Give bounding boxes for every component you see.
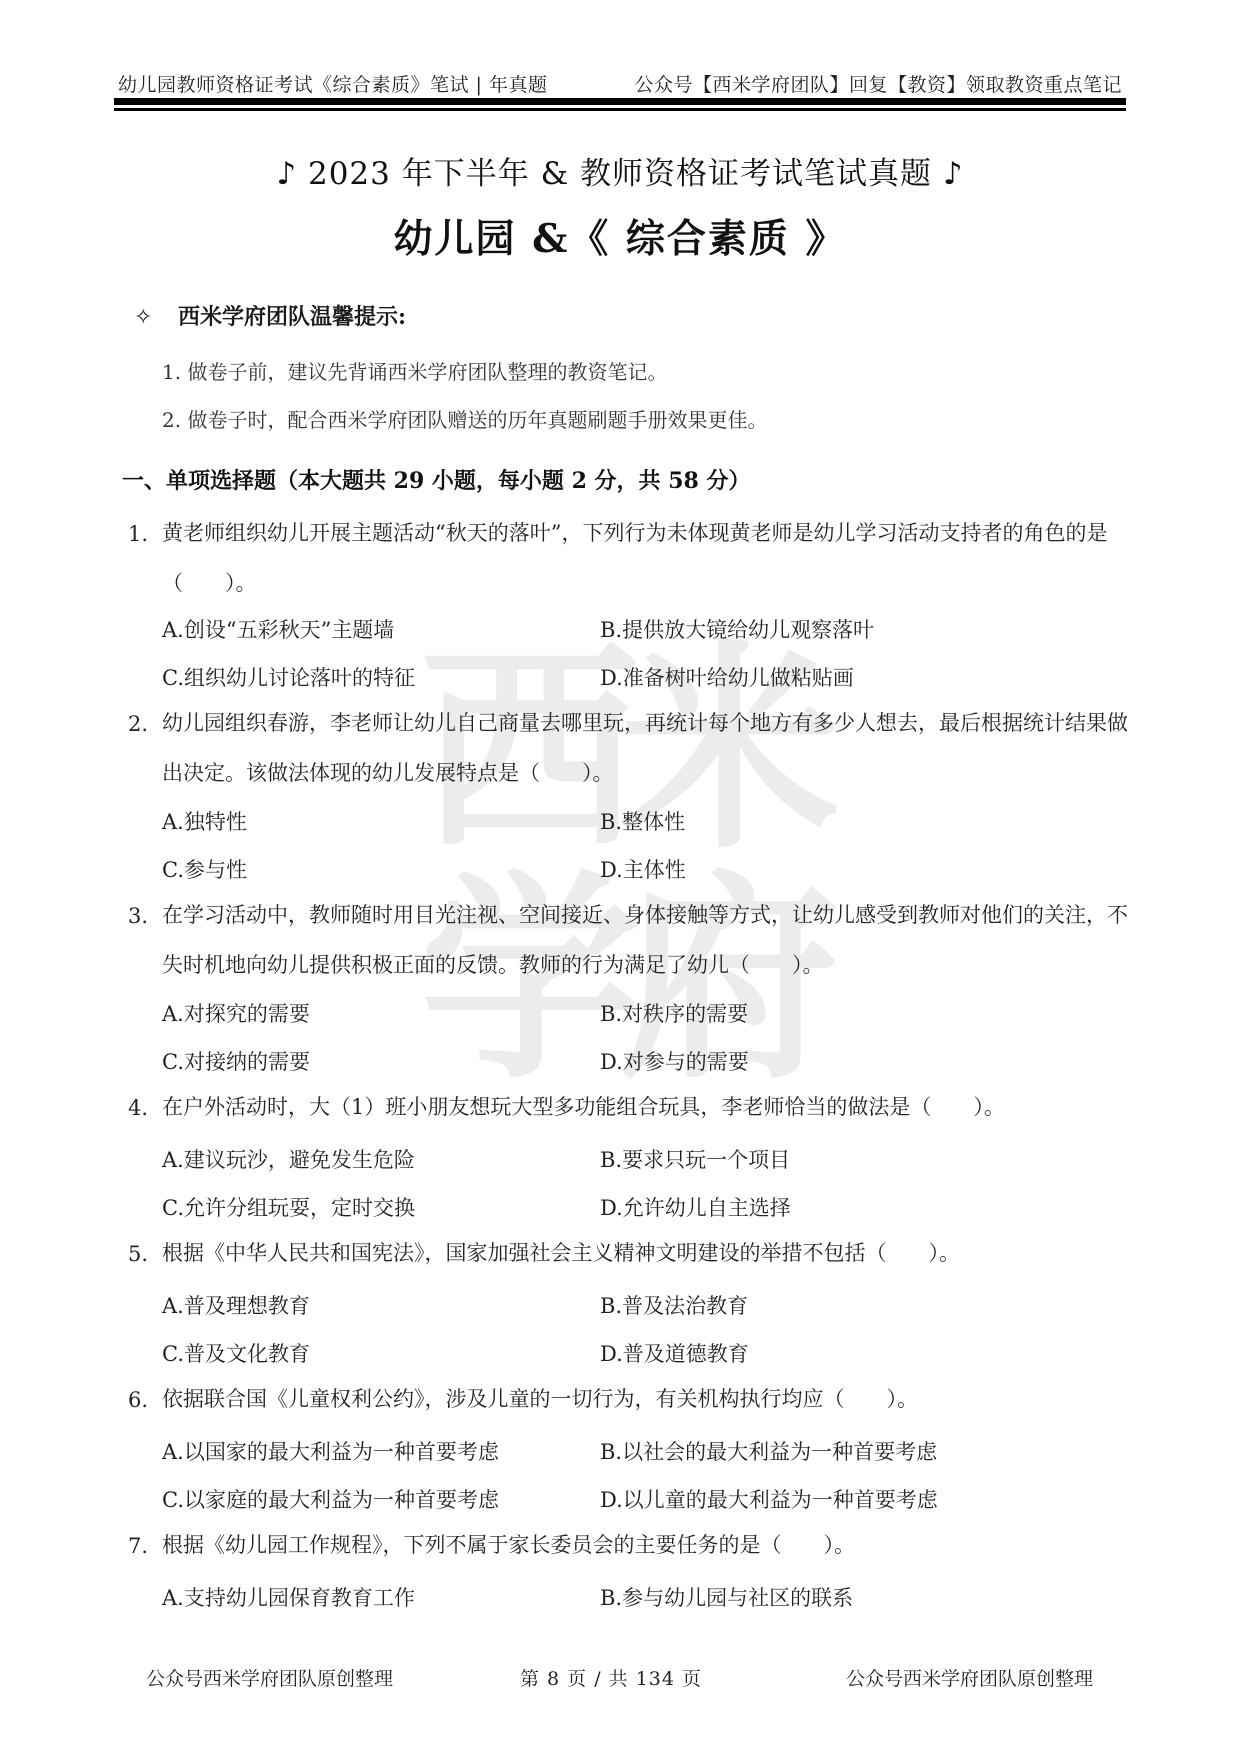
header-rule-thick: [114, 98, 1126, 105]
option-a: A.建议玩沙，避免发生危险: [162, 1144, 415, 1174]
option-c: C.允许分组玩耍，定时交换: [162, 1192, 415, 1222]
question-number: 4.: [128, 1096, 148, 1120]
option-c: C.普及文化教育: [162, 1338, 310, 1368]
option-a: A.对探究的需要: [162, 998, 310, 1028]
option-d: D.准备树叶给幼儿做粘贴画: [600, 662, 854, 692]
question-stem: 幼儿园组织春游，李老师让幼儿自己商量去哪里玩，再统计每个地方有多少人想去，最后根…: [162, 698, 1130, 798]
option-b: B.以社会的最大利益为一种首要考虑: [600, 1436, 937, 1466]
question-stem: 在户外活动时，大（1）班小朋友想玩大型多功能组合玩具，李老师恰当的做法是（ ）。: [162, 1082, 1130, 1132]
option-b: B.要求只玩一个项目: [600, 1144, 790, 1174]
option-d: D.允许幼儿自主选择: [600, 1192, 791, 1222]
option-b: B.对秩序的需要: [600, 998, 748, 1028]
page-number: 第 8 页 / 共 134 页: [520, 1664, 702, 1691]
question-number: 2.: [128, 712, 148, 736]
question-number: 7.: [128, 1534, 148, 1558]
option-b: B.整体性: [600, 806, 685, 836]
option-a: A.独特性: [162, 806, 247, 836]
option-a: A.支持幼儿园保育教育工作: [162, 1582, 415, 1612]
header-left-text: 幼儿园教师资格证考试《综合素质》笔试 | 年真题: [118, 70, 547, 97]
question-stem: 黄老师组织幼儿开展主题活动“秋天的落叶”，下列行为未体现黄老师是幼儿学习活动支持…: [162, 508, 1130, 608]
option-c: C.对接纳的需要: [162, 1046, 310, 1076]
page-header: 幼儿园教师资格证考试《综合素质》笔试 | 年真题 公众号【西米学府团队】回复【教…: [114, 68, 1126, 98]
option-a: A.普及理想教育: [162, 1290, 310, 1320]
footer-right-text: 公众号西米学府团队原创整理: [846, 1664, 1093, 1691]
header-right-text: 公众号【西米学府团队】回复【教资】领取教资重点笔记: [634, 70, 1122, 97]
sparkle-icon: ✧: [134, 305, 178, 330]
footer-left-text: 公众号西米学府团队原创整理: [146, 1664, 393, 1691]
exam-subtitle: 幼儿园 &《 综合素质 》: [0, 208, 1240, 264]
option-d: D.以儿童的最大利益为一种首要考虑: [600, 1484, 938, 1514]
tips-heading-text: 西米学府团队温馨提示:: [178, 304, 406, 330]
tip-item: 1. 做卷子前，建议先背诵西米学府团队整理的教资笔记。: [162, 356, 667, 385]
option-c: C.组织幼儿讨论落叶的特征: [162, 662, 415, 692]
option-c: C.参与性: [162, 854, 247, 884]
option-c: C.以家庭的最大利益为一种首要考虑: [162, 1484, 499, 1514]
section-title: 一、单项选择题（本大题共 29 小题，每小题 2 分，共 58 分）: [122, 464, 751, 495]
exam-title: ♪ 2023 年下半年 & 教师资格证考试笔试真题 ♪: [0, 148, 1240, 193]
question-stem: 根据《中华人民共和国宪法》，国家加强社会主义精神文明建设的举措不包括（ ）。: [162, 1228, 1130, 1278]
option-a: A.以国家的最大利益为一种首要考虑: [162, 1436, 499, 1466]
option-a: A.创设“五彩秋天”主题墙: [162, 614, 394, 644]
option-b: B.提供放大镜给幼儿观察落叶: [600, 614, 874, 644]
tip-item: 2. 做卷子时，配合西米学府团队赠送的历年真题刷题手册效果更佳。: [162, 404, 767, 433]
question-number: 5.: [128, 1242, 148, 1266]
question-stem: 依据联合国《儿童权利公约》，涉及儿童的一切行为，有关机构执行均应（ ）。: [162, 1374, 1130, 1424]
option-d: D.普及道德教育: [600, 1338, 749, 1368]
document-page: 幼儿园教师资格证考试《综合素质》笔试 | 年真题 公众号【西米学府团队】回复【教…: [0, 0, 1240, 1754]
question-stem: 根据《幼儿园工作规程》，下列不属于家长委员会的主要任务的是（ ）。: [162, 1520, 1130, 1570]
option-d: D.对参与的需要: [600, 1046, 749, 1076]
question-number: 1.: [128, 522, 148, 546]
question-number: 6.: [128, 1388, 148, 1412]
option-b: B.普及法治教育: [600, 1290, 748, 1320]
option-b: B.参与幼儿园与社区的联系: [600, 1582, 853, 1612]
question-stem: 在学习活动中，教师随时用目光注视、空间接近、身体接触等方式，让幼儿感受到教师对他…: [162, 890, 1130, 990]
header-rule-thin: [114, 108, 1126, 111]
option-d: D.主体性: [600, 854, 686, 884]
tips-heading: ✧西米学府团队温馨提示:: [134, 300, 406, 331]
question-number: 3.: [128, 904, 148, 928]
